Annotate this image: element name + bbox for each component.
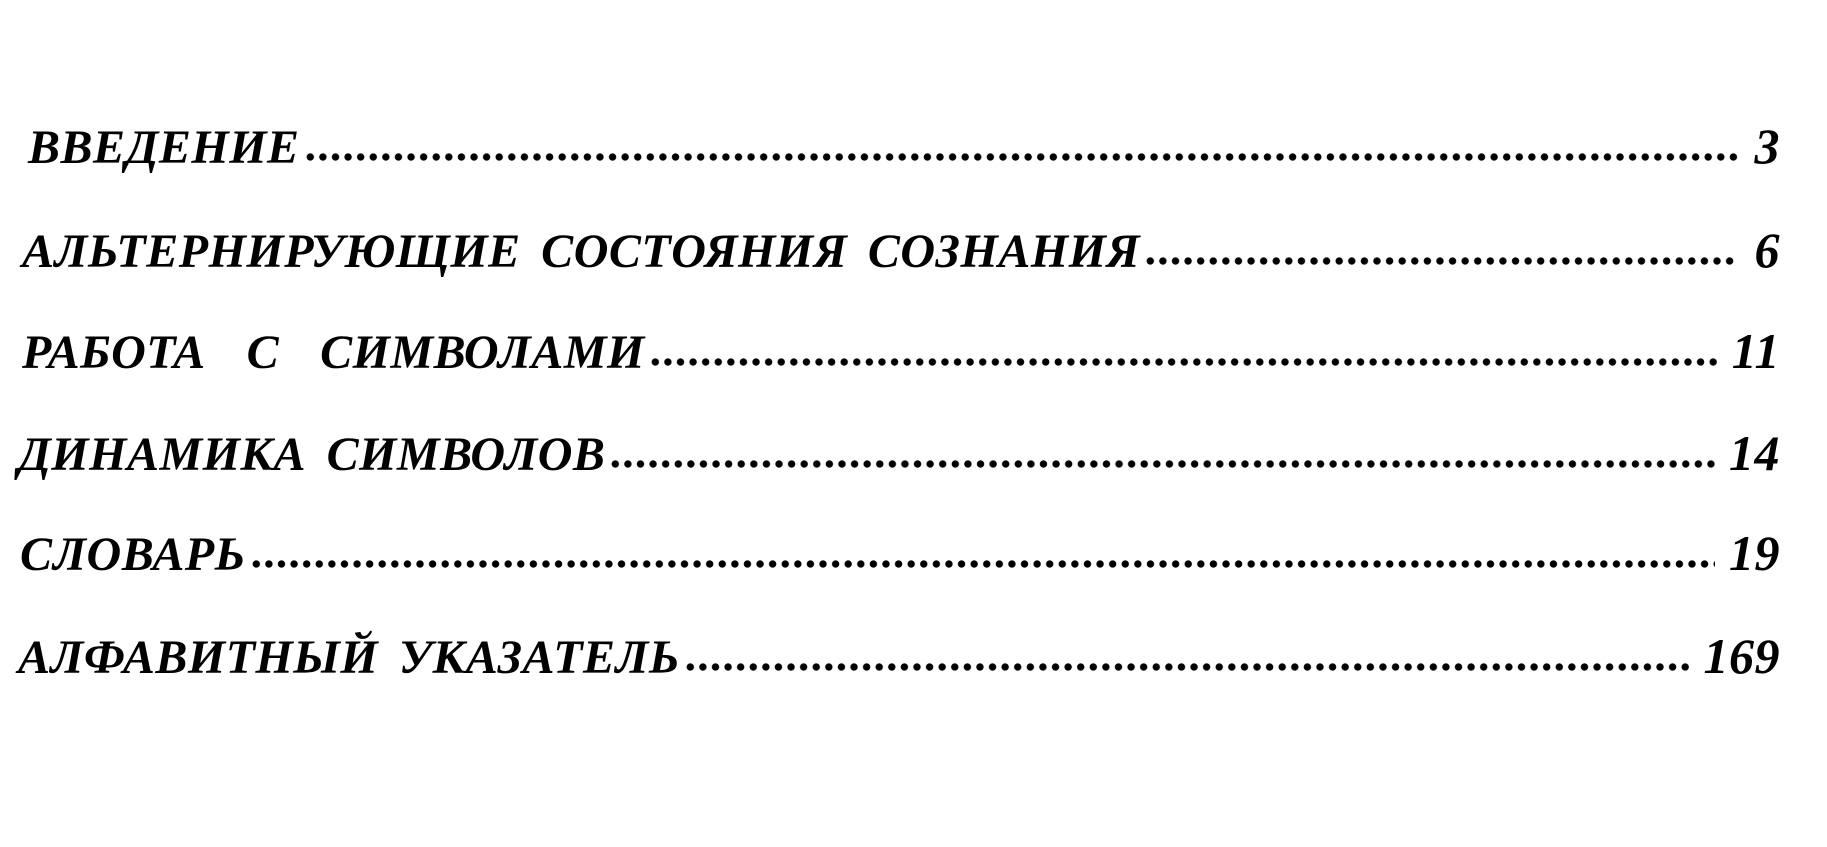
toc-entry-page-number: 14: [1729, 425, 1780, 481]
dot-leader: [1144, 256, 1738, 266]
toc-entry-title: АЛЬТЕРНИРУЮЩИЕ СОСТОЯНИЯ СОЗНАНИЯ: [22, 224, 1140, 280]
toc-entry-page-number: 3: [1752, 118, 1780, 174]
toc-entry-symbol-dynamics[interactable]: ДИНАМИКА СИМВОЛОВ 14: [18, 425, 1780, 483]
dot-leader: [609, 459, 1715, 469]
toc-entry-title: РАБОТА С СИМВОЛАМИ: [22, 325, 645, 381]
toc-entry-title: АЛФАВИТНЫЙ УКАЗАТЕЛЬ: [18, 630, 680, 686]
dot-leader: [684, 662, 1690, 672]
dot-leader: [304, 152, 1738, 162]
toc-entry-altered-states[interactable]: АЛЬТЕРНИРУЮЩИЕ СОСТОЯНИЯ СОЗНАНИЯ 6: [22, 222, 1780, 280]
toc-entry-dictionary[interactable]: СЛОВАРЬ 19: [20, 525, 1780, 583]
toc-entry-working-with-symbols[interactable]: РАБОТА С СИМВОЛАМИ 11: [22, 323, 1780, 381]
toc-entry-title: ВВЕДЕНИЕ: [28, 120, 300, 176]
dot-leader: [250, 559, 1715, 569]
toc-entry-title: СЛОВАРЬ: [20, 527, 246, 583]
toc-entry-page-number: 169: [1704, 628, 1781, 684]
dot-leader: [649, 357, 1718, 367]
toc-entry-page-number: 19: [1729, 525, 1780, 581]
table-of-contents: ВВЕДЕНИЕ 3 АЛЬТЕРНИРУЮЩИЕ СОСТОЯНИЯ СОЗН…: [18, 0, 1780, 847]
toc-entry-page-number: 11: [1732, 323, 1780, 379]
toc-entry-page-number: 6: [1752, 222, 1780, 278]
toc-entry-introduction[interactable]: ВВЕДЕНИЕ 3: [28, 118, 1780, 176]
toc-entry-title: ДИНАМИКА СИМВОЛОВ: [18, 427, 605, 483]
toc-entry-alphabetical-index[interactable]: АЛФАВИТНЫЙ УКАЗАТЕЛЬ 169: [18, 628, 1780, 686]
